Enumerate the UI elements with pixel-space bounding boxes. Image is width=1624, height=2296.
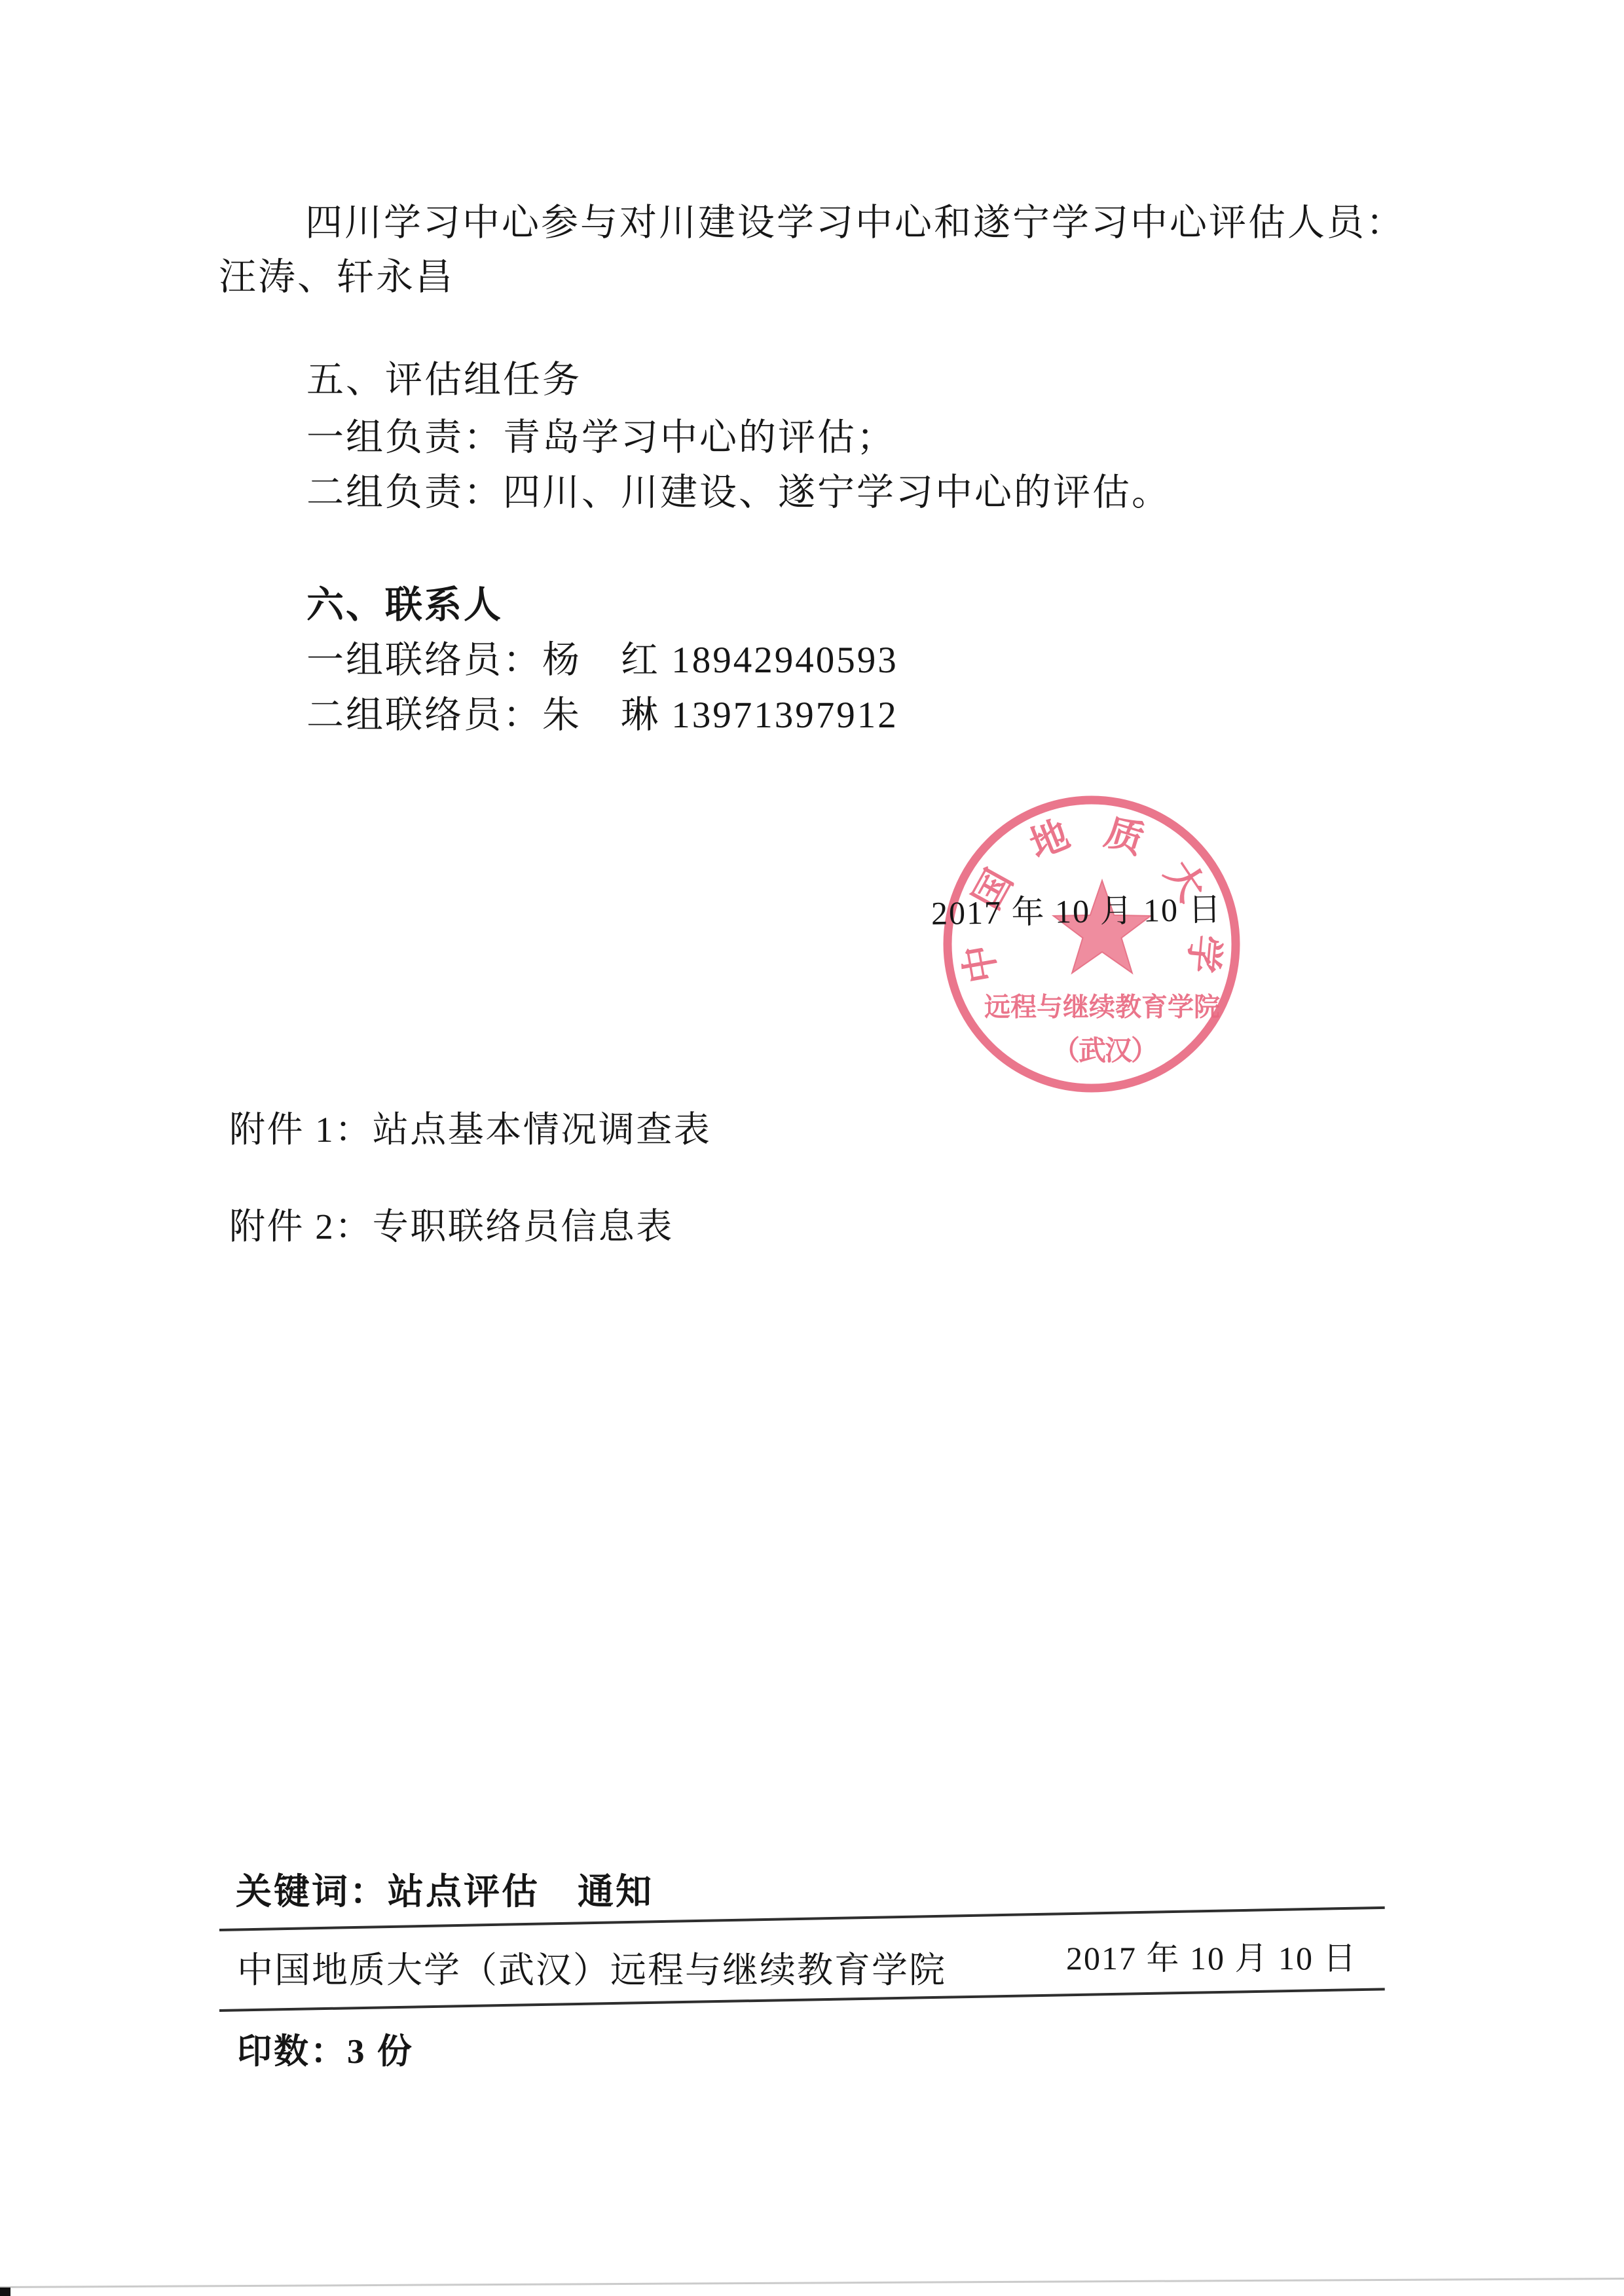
seal-arc-char: 中 xyxy=(957,941,1005,986)
footer-separator-bottom xyxy=(219,1988,1385,2012)
scan-edge-line xyxy=(0,2278,1624,2288)
issue-date: 2017 年 10 月 10 日 xyxy=(931,892,1223,931)
section6-item2: 二组联络员：朱 琳 13971397912 xyxy=(306,695,898,736)
scan-corner-mark xyxy=(0,2287,10,2296)
body-evaluators-line1: 四川学习中心参与对川建设学习中心和遂宁学习中心评估人员： xyxy=(305,203,1405,244)
footer-keywords: 关键词：站点评估 通知 xyxy=(236,1872,654,1911)
seal-arc-char: 学 xyxy=(1181,933,1227,974)
section5-item2: 二组负责：四川、川建设、遂宁学习中心的评估。 xyxy=(306,473,1171,513)
section5-heading: 五、评估组任务 xyxy=(306,360,581,401)
official-seal: 中 国 地 质 大 学 远程与继续教育学院 （武汉） xyxy=(941,793,1242,1095)
document-page: 四川学习中心参与对川建设学习中心和遂宁学习中心评估人员： 汪涛、轩永昌 五、评估… xyxy=(0,0,1624,2296)
section5-item1: 一组负责：青岛学习中心的评估； xyxy=(306,418,896,458)
attachment-1: 附件 1：站点基本情况调查表 xyxy=(229,1110,711,1149)
seal-arc-char: 质 xyxy=(1100,811,1149,862)
footer-copies: 印数：3 份 xyxy=(237,2033,414,2071)
attachment-2: 附件 2：专职联络员信息表 xyxy=(229,1207,674,1246)
footer-date: 2017 年 10 月 10 日 xyxy=(1066,1941,1357,1976)
section6-item1: 一组联络员：杨 红 18942940593 xyxy=(306,640,898,681)
seal-college-text: 远程与继续教育学院 xyxy=(984,993,1220,1022)
section6-heading: 六、联系人 xyxy=(306,585,503,626)
footer-organization: 中国地质大学（武汉）远程与继续教育学院 xyxy=(237,1951,946,1990)
body-evaluators-line2: 汪涛、轩永昌 xyxy=(219,257,454,298)
seal-arc-char: 地 xyxy=(1024,813,1075,867)
seal-city-text: （武汉） xyxy=(1052,1036,1157,1066)
